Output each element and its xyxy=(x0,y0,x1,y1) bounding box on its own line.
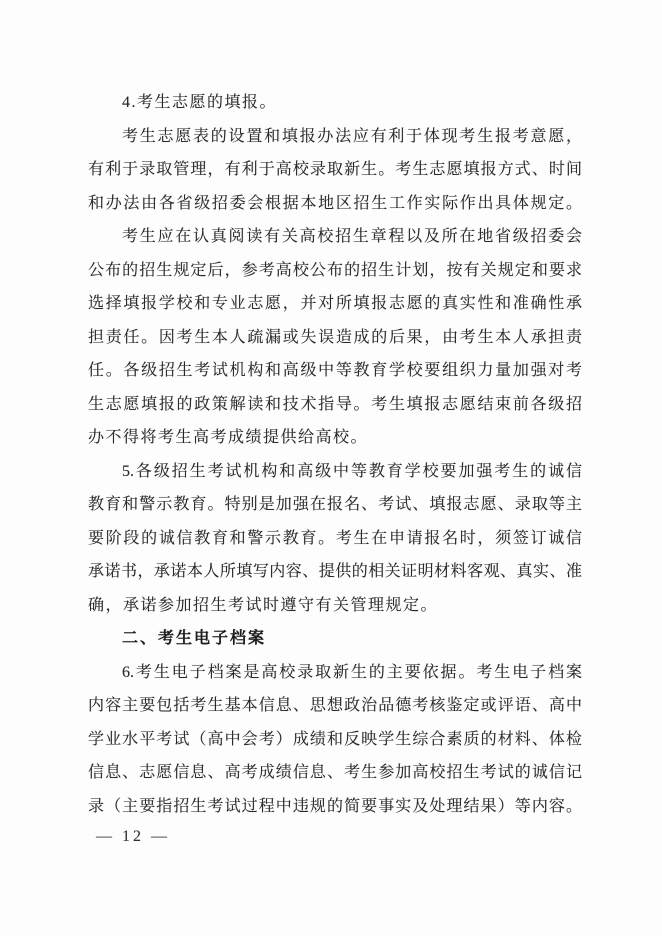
section-heading-electronic-records: 二、考生电子档案 xyxy=(88,622,582,656)
text-line: 办不得将考生高考成绩提供给高校。 xyxy=(88,421,582,455)
item-4-title-line: 4.考生志愿的填报。 xyxy=(88,86,582,120)
document-body: 4.考生志愿的填报。 考生志愿表的设置和填报办法应有利于体现考生报考意愿， 有利… xyxy=(88,86,582,823)
item-5-text-line: 5.各级招生考试机构和高级中等教育学校要加强考生的诚信 xyxy=(88,455,582,489)
text-line: 担责任。因考生本人疏漏或失误造成的后果，由考生本人承担责 xyxy=(88,321,582,355)
text-line: 公布的招生规定后，参考高校公布的招生计划，按有关规定和要求 xyxy=(88,254,582,288)
text-line: 考生志愿表的设置和填报办法应有利于体现考生报考意愿， xyxy=(88,120,582,154)
page-number: — 12 — xyxy=(96,828,170,846)
text-line: 有利于录取管理，有利于高校录取新生。考生志愿填报方式、时间 xyxy=(88,153,582,187)
text-line: 学业水平考试（高中会考）成绩和反映学生综合素质的材料、体检 xyxy=(88,723,582,757)
text-line: 任。各级招生考试机构和高级中等教育学校要组织力量加强对考 xyxy=(88,354,582,388)
text-line: 教育和警示教育。特别是加强在报名、考试、填报志愿、录取等主 xyxy=(88,488,582,522)
text-line: 要阶段的诚信教育和警示教育。考生在申请报名时，须签订诚信 xyxy=(88,522,582,556)
text-line: 承诺书，承诺本人所填写内容、提供的相关证明材料客观、真实、准 xyxy=(88,555,582,589)
text-line: 录（主要指招生考试过程中违规的简要事实及处理结果）等内容。 xyxy=(88,790,582,824)
item-6-text-line: 6.考生电子档案是高校录取新生的主要依据。考生电子档案 xyxy=(88,656,582,690)
document-page: 4.考生志愿的填报。 考生志愿表的设置和填报办法应有利于体现考生报考意愿， 有利… xyxy=(0,0,662,936)
text-line: 和办法由各省级招委会根据本地区招生工作实际作出具体规定。 xyxy=(88,187,582,221)
text-line: 选择填报学校和专业志愿，并对所填报志愿的真实性和准确性承 xyxy=(88,287,582,321)
text-line: 信息、志愿信息、高考成绩信息、考生参加高校招生考试的诚信记 xyxy=(88,756,582,790)
text-line: 考生应在认真阅读有关高校招生章程以及所在地省级招委会 xyxy=(88,220,582,254)
text-line: 内容主要包括考生基本信息、思想政治品德考核鉴定或评语、高中 xyxy=(88,689,582,723)
text-line: 确，承诺参加招生考试时遵守有关管理规定。 xyxy=(88,589,582,623)
text-line: 生志愿填报的政策解读和技术指导。考生填报志愿结束前各级招 xyxy=(88,388,582,422)
